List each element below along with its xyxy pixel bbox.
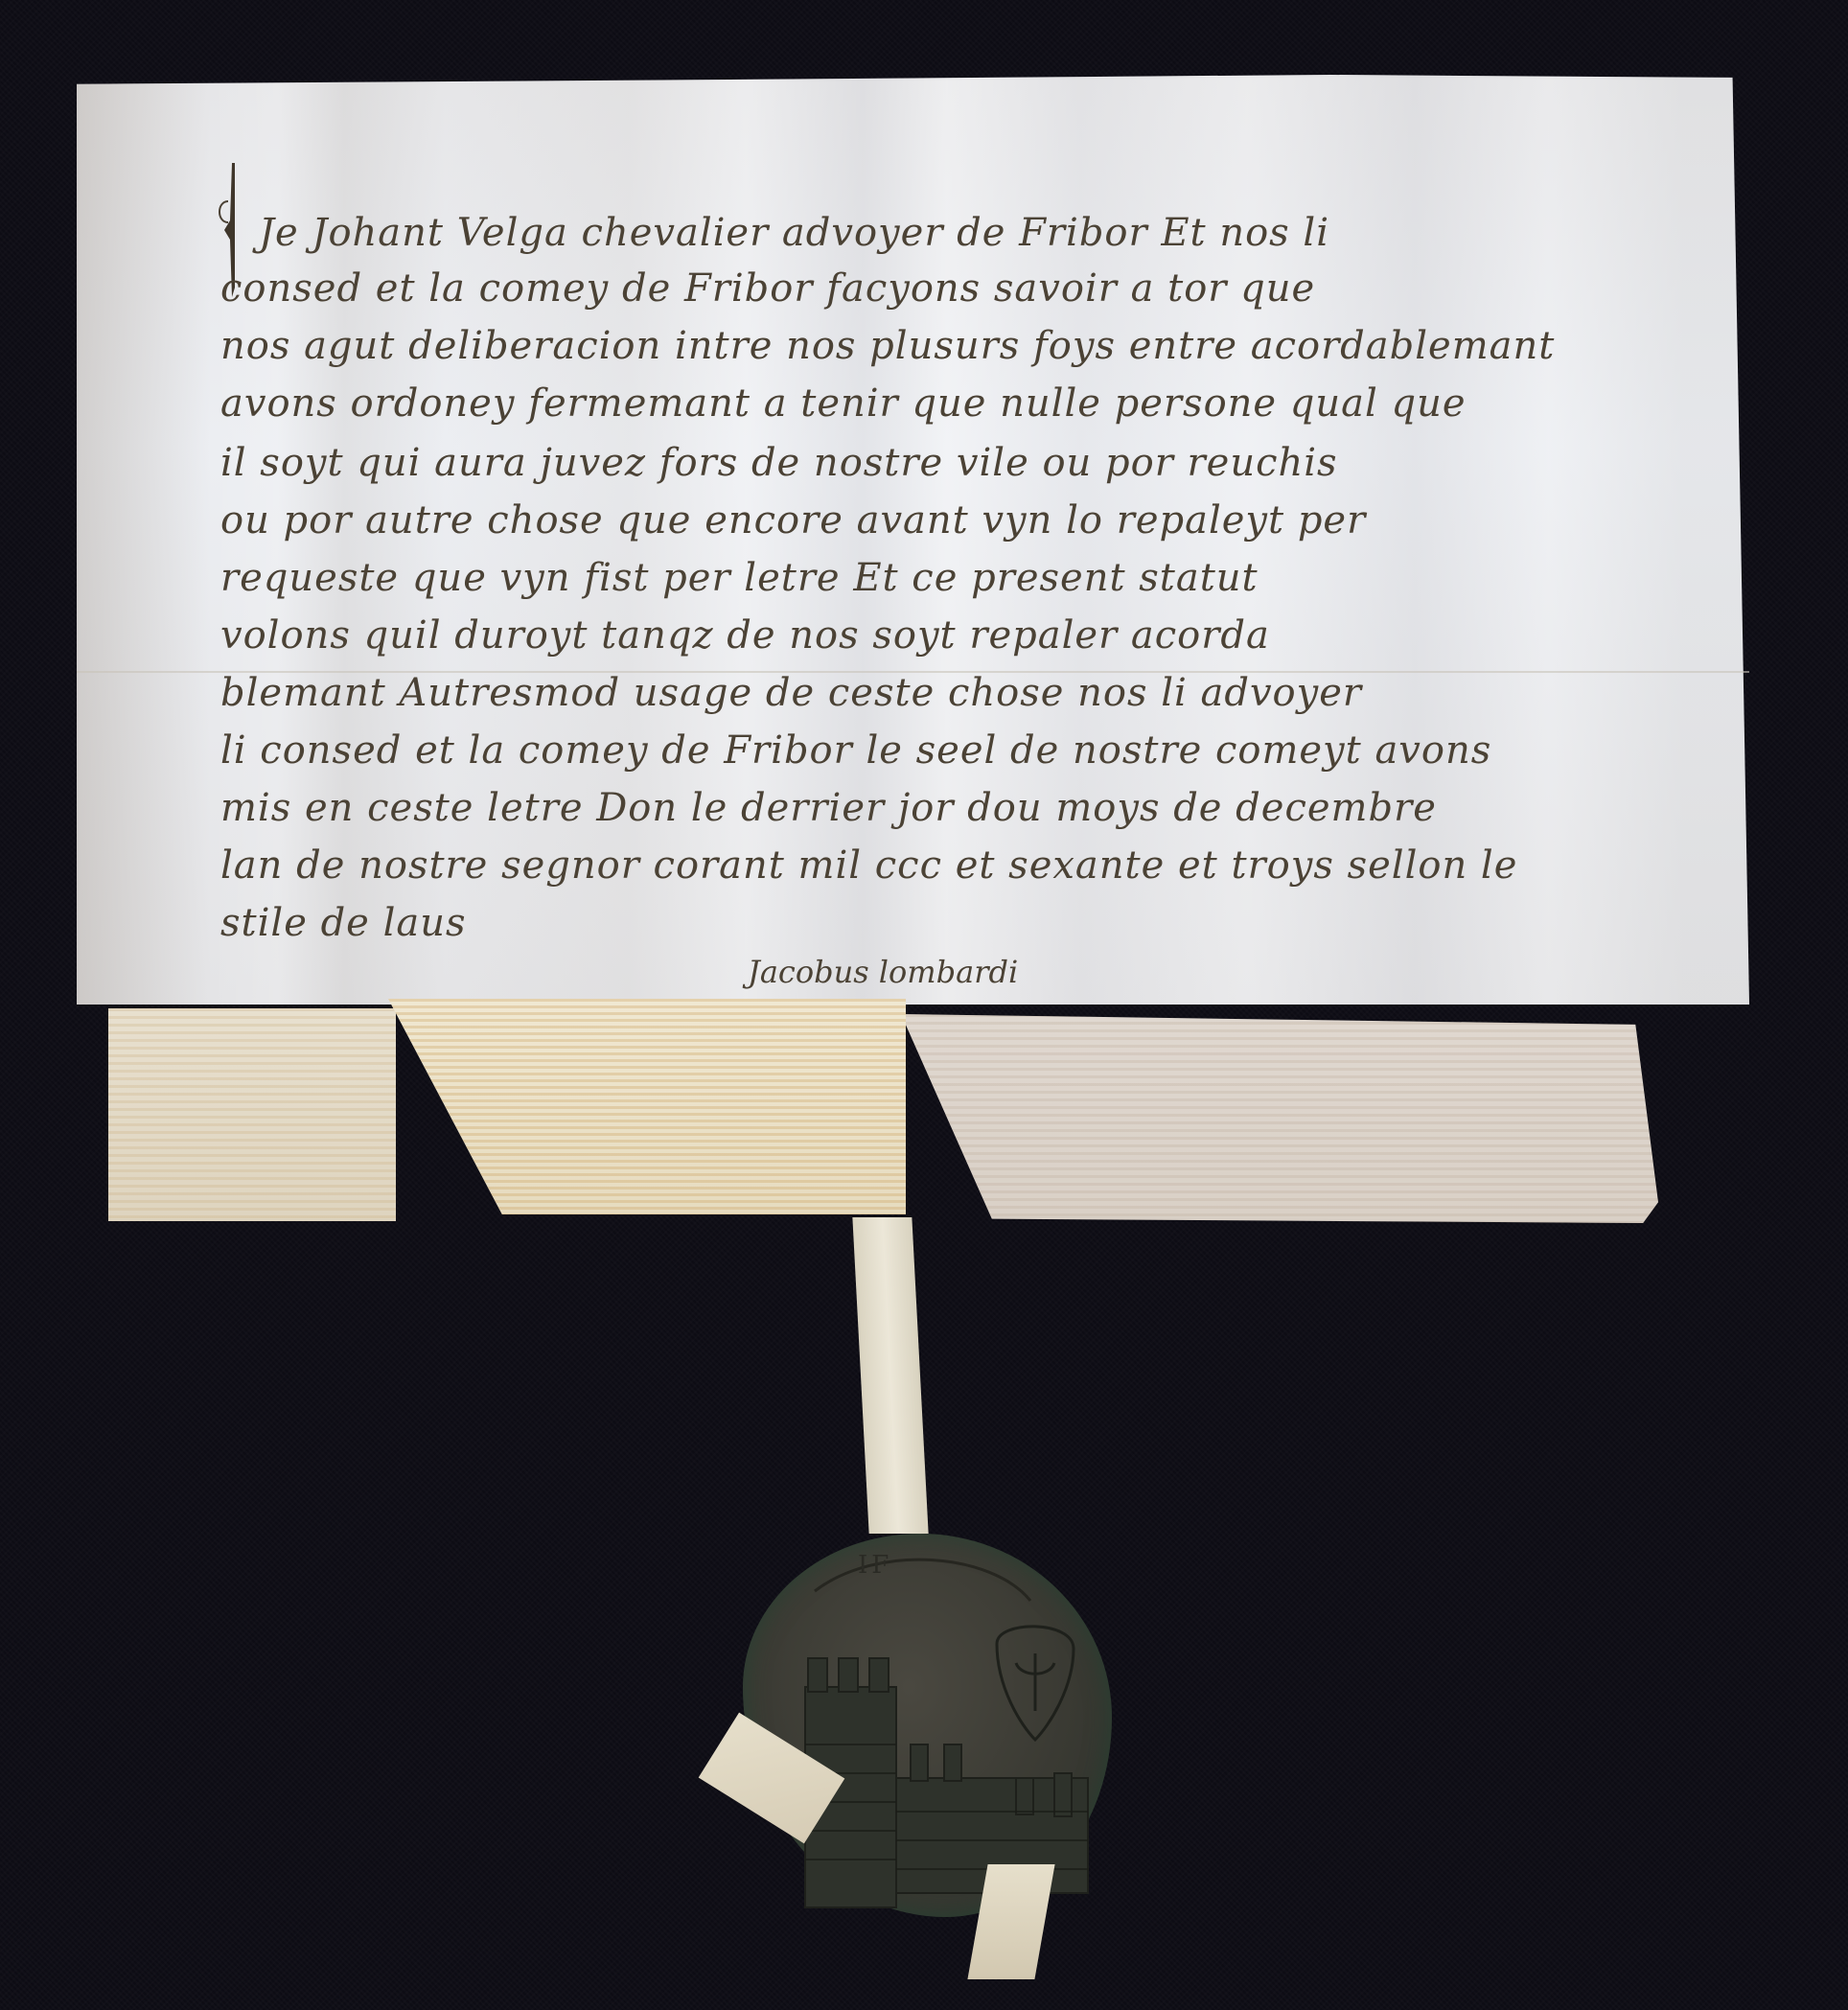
- plica-right: [901, 1014, 1658, 1223]
- text-line: stile de laus: [220, 901, 467, 945]
- text-line: lan de nostre segnor corant mil ccc et s…: [220, 843, 1517, 888]
- text-line: il soyt qui aura juvez fors de nostre vi…: [220, 441, 1338, 485]
- text-line: ou por autre chose que encore avant vyn …: [220, 498, 1366, 543]
- text-line: nos agut deliberacion intre nos plusurs …: [220, 324, 1555, 368]
- text-line: li consed et la comey de Fribor le seel …: [220, 728, 1491, 773]
- plica-left: [108, 1008, 396, 1221]
- text-line: requeste que vyn fist per letre Et ce pr…: [220, 556, 1259, 600]
- text-line: Je Johant Velga chevalier advoyer de Fri…: [259, 211, 1329, 255]
- text-line: volons quil duroyt tanqz de nos soyt rep…: [220, 613, 1270, 658]
- text-line: avons ordoney fermemant a tenir que null…: [220, 381, 1467, 426]
- wax-seal: IF: [743, 1534, 1112, 1917]
- seal-legend: IF: [858, 1551, 892, 1580]
- text-line: mis en ceste letre Don le derrier jor do…: [220, 786, 1437, 830]
- notary-signature: Jacobus lombardi: [748, 954, 1018, 990]
- castle-seal-icon: [743, 1534, 1112, 1917]
- text-line: consed et la comey de Fribor facyons sav…: [220, 266, 1315, 311]
- text-line: blemant Autresmod usage de ceste chose n…: [220, 671, 1362, 715]
